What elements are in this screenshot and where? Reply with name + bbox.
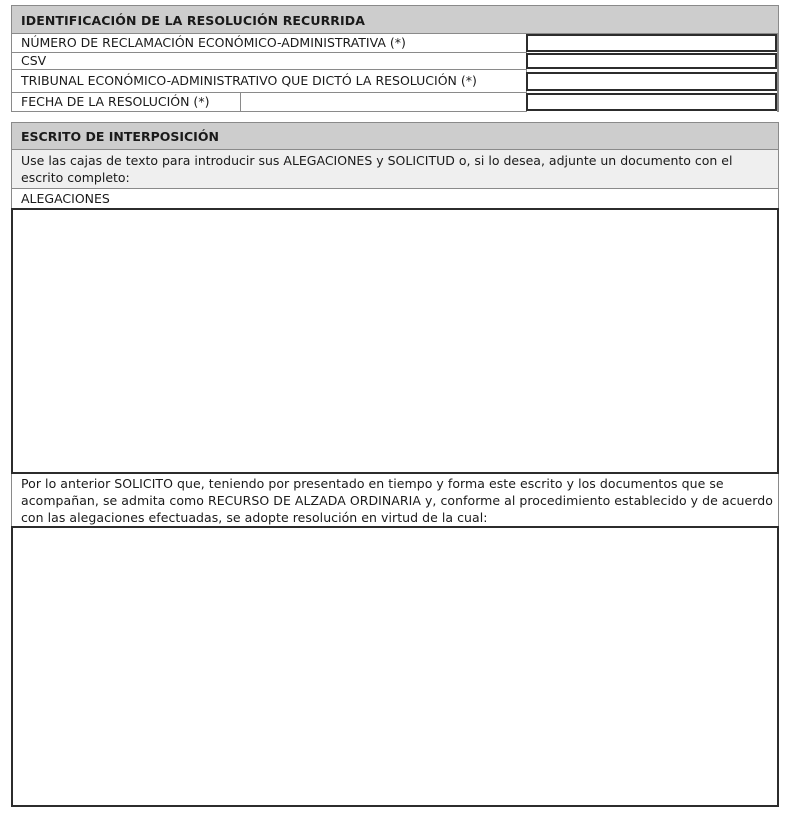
solicitud-textarea[interactable] — [11, 526, 779, 807]
numero-reclamacion-input[interactable] — [526, 34, 777, 52]
tribunal-input[interactable] — [526, 72, 777, 91]
field-label-csv: CSV — [11, 53, 527, 70]
alegaciones-textarea[interactable] — [11, 208, 779, 474]
csv-input[interactable] — [526, 53, 777, 69]
solicito-paragraph: Por lo anterior SOLICITO que, teniendo p… — [11, 474, 779, 527]
field-label-tribunal: TRIBUNAL ECONÓMICO-ADMINISTRATIVO QUE DI… — [11, 70, 527, 93]
csv-label: CSV — [21, 53, 46, 68]
numero-reclamacion-label: NÚMERO DE RECLAMACIÓN ECONÓMICO-ADMINIST… — [21, 35, 406, 50]
escrito-instructions: Use las cajas de texto para introducir s… — [11, 150, 779, 189]
tribunal-label: TRIBUNAL ECONÓMICO-ADMINISTRATIVO QUE DI… — [21, 73, 477, 88]
field-label-numero-reclamacion: NÚMERO DE RECLAMACIÓN ECONÓMICO-ADMINIST… — [11, 34, 527, 53]
table-right-border — [777, 34, 779, 112]
fecha-resolucion-label: FECHA DE LA RESOLUCIÓN (*) — [21, 94, 209, 109]
fecha-cell-divider — [240, 93, 241, 112]
section-escrito-title: ESCRITO DE INTERPOSICIÓN — [11, 122, 779, 150]
alegaciones-label: ALEGACIONES — [11, 189, 779, 209]
field-label-fecha-resolucion: FECHA DE LA RESOLUCIÓN (*) — [11, 93, 527, 112]
section-identificacion-title: IDENTIFICACIÓN DE LA RESOLUCIÓN RECURRID… — [11, 5, 779, 34]
fecha-resolucion-input[interactable] — [526, 93, 777, 111]
